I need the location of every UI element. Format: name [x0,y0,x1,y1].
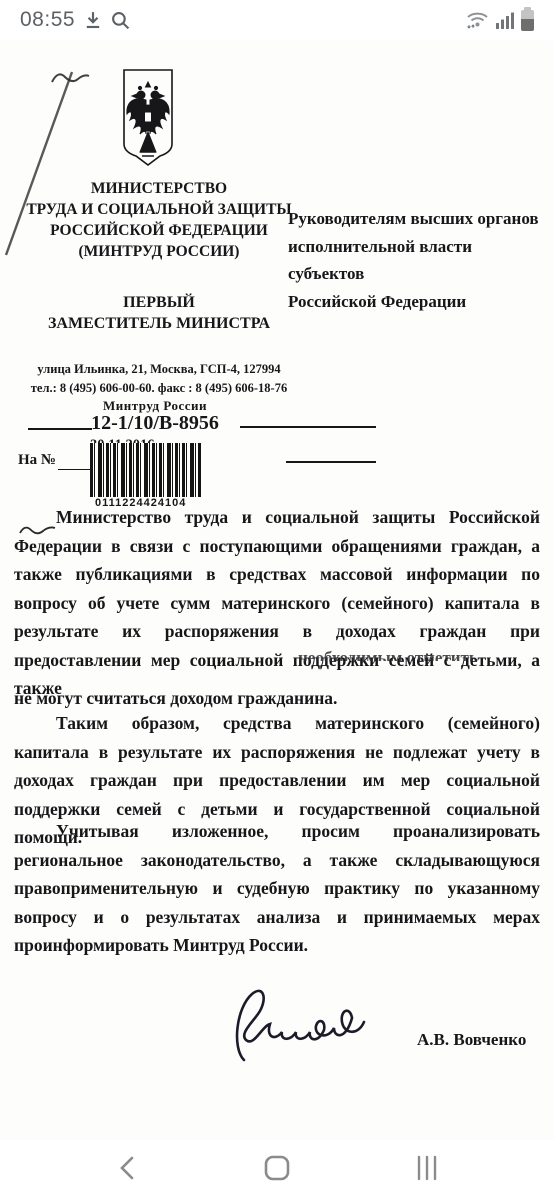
office-line: ПЕРВЫЙ [10,292,308,313]
reference-label: На № [18,452,56,469]
reference-rule-right [286,461,376,463]
body-paragraph-1-cutoff: необходимым отметить [298,648,540,661]
body-paragraph-3: Учитывая изложенное, просим проанализиро… [14,817,540,960]
stamp-rule-right [240,426,376,428]
handwritten-signature [222,978,377,1078]
stamp-rule-left [28,428,92,430]
signal-icon [496,10,514,30]
org-line: МИНИСТЕРСТВО [10,178,308,199]
clock: 08:55 [20,8,75,32]
org-line: (МИНТРУД РОССИИ) [10,241,308,262]
back-button[interactable] [105,1148,149,1192]
stamp-number: 12-1/10/В-8956 [75,412,235,435]
barcode [90,443,202,497]
letterhead-org: МИНИСТЕРСТВО ТРУДА И СОЦИАЛЬНОЙ ЗАЩИТЫ Р… [10,178,308,262]
recents-button[interactable] [405,1148,449,1192]
addressee-line: исполнительной власти субъектов [288,233,546,288]
back-icon [117,1155,137,1186]
document-page[interactable]: МИНИСТЕРСТВО ТРУДА И СОЦИАЛЬНОЙ ЗАЩИТЫ Р… [0,40,554,1140]
status-bar: 08:55 [0,0,554,40]
phone-fax: тел.: 8 (495) 606-00-60. факс : 8 (495) … [10,379,308,398]
office-line: ЗАМЕСТИТЕЛЬ МИНИСТРА [10,313,308,334]
addressee-line: Руководителям высших органов [288,205,546,233]
org-line: ТРУДА И СОЦИАЛЬНОЙ ЗАЩИТЫ [10,199,308,220]
wifi-icon [466,10,489,30]
addressee-line: Российской Федерации [288,288,546,316]
search-icon [111,11,130,30]
postal-address: улица Ильинка, 21, Москва, ГСП-4, 127994 [10,360,308,379]
org-line: РОССИЙСКОЙ ФЕДЕРАЦИИ [10,220,308,241]
recents-icon [414,1155,440,1186]
download-icon [85,11,101,29]
body-paragraph-1: Министерство труда и социальной защиты Р… [14,503,540,703]
home-icon [263,1154,291,1187]
navigation-bar [0,1140,554,1200]
coat-of-arms-icon [120,68,176,168]
home-button[interactable] [255,1148,299,1192]
signatory-name: А.В. Вовченко [417,1030,526,1050]
office-title: ПЕРВЫЙ ЗАМЕСТИТЕЛЬ МИНИСТРА [10,292,308,334]
addressee-block: Руководителям высших органов исполнитель… [288,205,546,315]
contact-block: улица Ильинка, 21, Москва, ГСП-4, 127994… [10,360,308,398]
phone-screen: 08:55 [0,0,554,1200]
battery-icon [521,10,534,31]
